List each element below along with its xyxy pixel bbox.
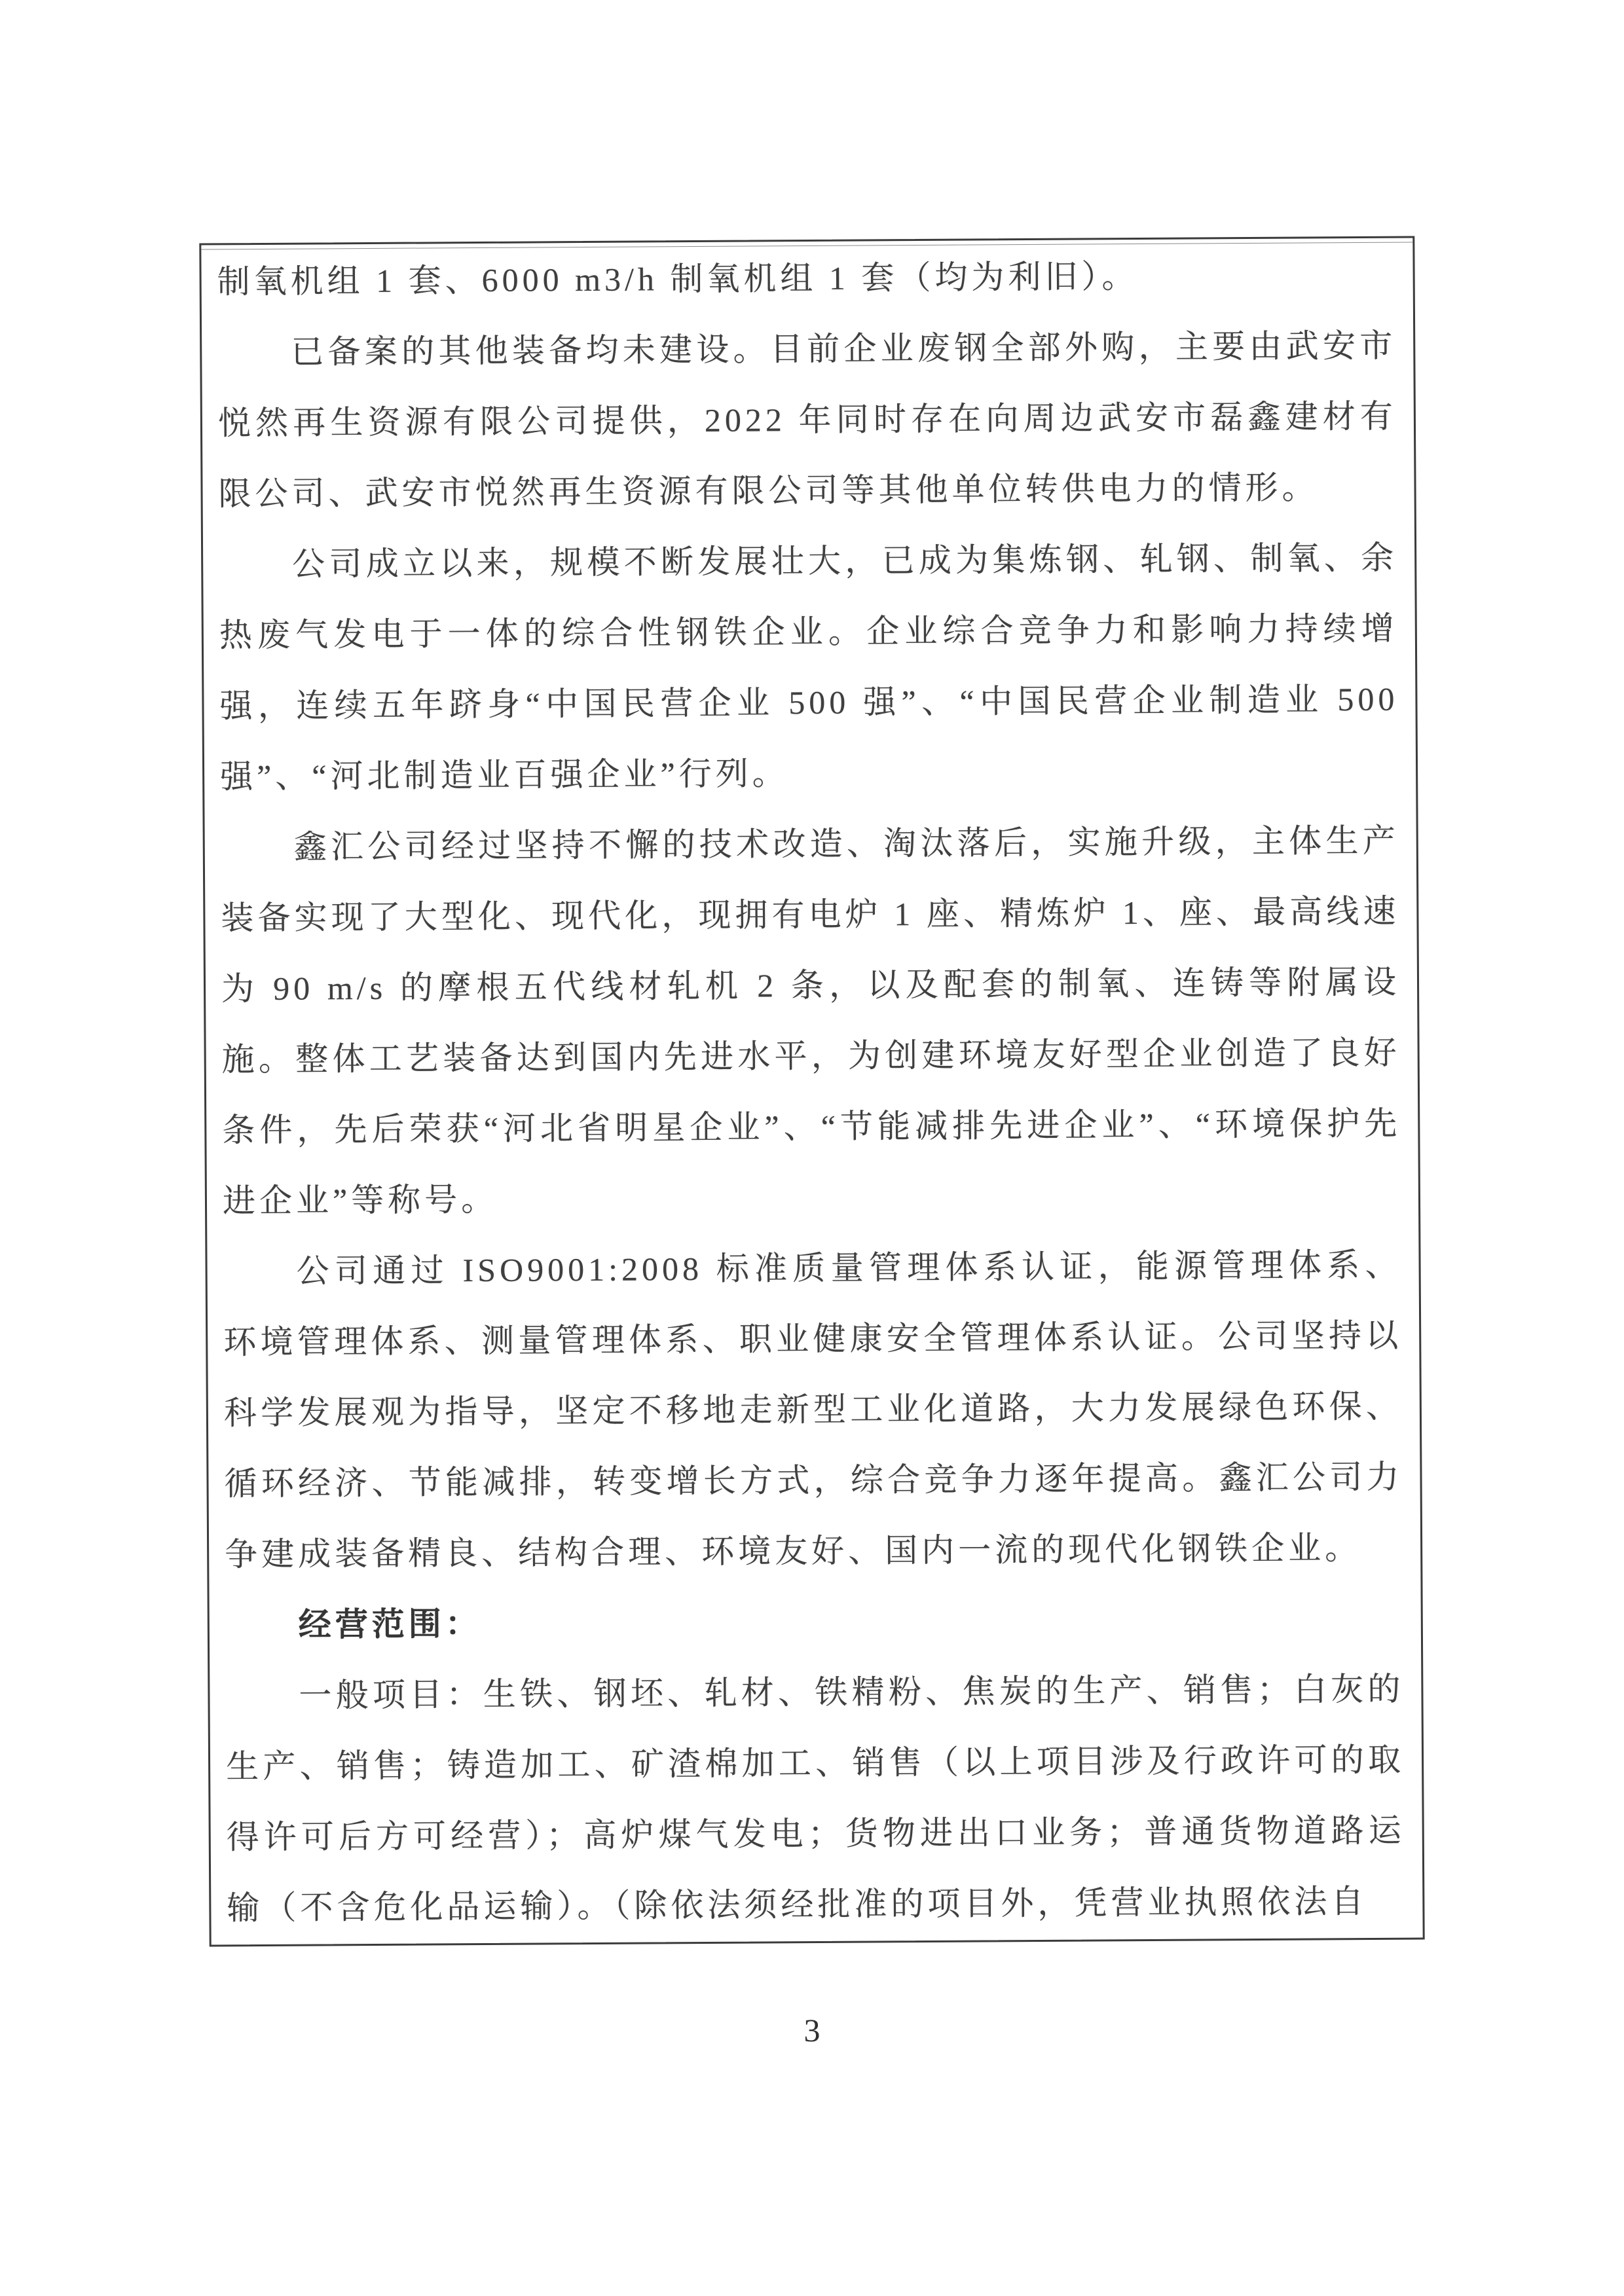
paragraph-general-projects: 一般项目：生铁、钢坯、轧材、铁精粉、焦炭的生产、销售；白灰的生产、销售；铸造加工… [225, 1654, 1406, 1944]
paragraph-company-growth: 公司成立以来，规模不断发展壮大，已成为集炼钢、轧钢、制氧、余热废气发电于一体的综… [219, 522, 1399, 812]
page-number: 3 [0, 2011, 1624, 2049]
paragraph-technical-upgrade: 鑫汇公司经过坚持不懈的技术改造、淘汰落后，实施升级，主体生产装备实现了大型化、现… [220, 805, 1401, 1237]
paragraph-recorded-equipment: 已备案的其他装备均未建设。目前企业废钢全部外购，主要由武安市悦然再生资源有限公司… [217, 310, 1397, 530]
document-page: 制氧机组 1 套、6000 m3/h 制氧机组 1 套（均为利旧）。 已备案的其… [0, 0, 1624, 2296]
paragraph-iso-certification: 公司通过 ISO9001:2008 标准质量管理体系认证，能源管理体系、环境管理… [223, 1230, 1403, 1590]
paragraph-oxygen-units: 制氧机组 1 套、6000 m3/h 制氧机组 1 套（均为利旧）。 [217, 240, 1396, 318]
heading-business-scope: 经营范围： [225, 1583, 1405, 1661]
content-border-box: 制氧机组 1 套、6000 m3/h 制氧机组 1 套（均为利旧）。 已备案的其… [199, 236, 1424, 1947]
